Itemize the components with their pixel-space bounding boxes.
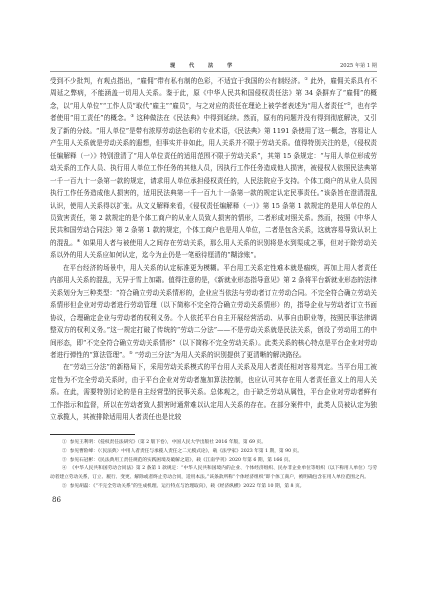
paragraph-1: 受到不少批判，有观点指出，“雇佣”带有私有制的色彩，不适宜于我国的公有制经济。①… xyxy=(50,75,377,262)
running-header: 现 代 法 学 2025 年第 1 期 xyxy=(50,60,377,72)
footnote-divider xyxy=(50,434,135,435)
issue-label: 2025 年第 1 期 xyxy=(340,62,377,69)
page-number: 86 xyxy=(50,496,377,504)
footnote-2: ② 参见曹险峰：《〈民法典〉中用人者责任与承揽人责任之二元模式论》，载《法学家》… xyxy=(50,448,377,457)
footnotes: ① 参见王利明：《侵权责任法研究》（第 2 版下卷），中国人民大学出版社 201… xyxy=(50,439,377,492)
footnote-5: ⑤ 参见胡磊：《“不完全劳动关系”的生成机理、运行特点与治理取向》，载《经济纵横… xyxy=(50,483,377,492)
journal-page: 现 代 法 学 2025 年第 1 期 受到不少批判，有观点指出，“雇佣”带有私… xyxy=(50,60,377,504)
paragraph-2: 在平台经济的场景中，用人关系的认定标准更为模糊。平台用工关系定性难本就是痼疾，再… xyxy=(50,262,377,362)
footnote-4: ④ 《中华人民共和国劳动合同法》第 2 条第 1 款规定：“中华人民共和国境内的… xyxy=(50,465,377,483)
footnote-1: ① 参见王利明：《侵权责任法研究》（第 2 版下卷），中国人民大学出版社 201… xyxy=(50,439,377,448)
footnote-3: ③ 参见石冠彬：《民法典用工责任规范的实践困境及破解之道》，载《江南学刊》202… xyxy=(50,457,377,466)
body-text: 受到不少批判，有观点指出，“雇佣”带有私有制的色彩，不适宜于我国的公有制经济。①… xyxy=(50,75,377,424)
paragraph-3: 在“劳动三分法”的新格局下，采用劳动关系模式的平台用人关系及用人者责任相对容易判… xyxy=(50,361,377,423)
journal-title: 现 代 法 学 xyxy=(170,62,238,69)
